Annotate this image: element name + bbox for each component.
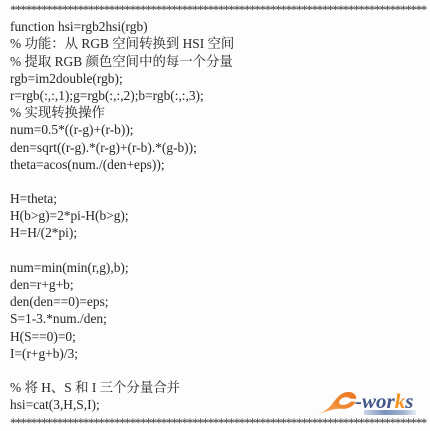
code-line: num=0.5*((r-g)+(r-b)); — [10, 121, 430, 138]
code-line: den(den==0)=eps; — [10, 293, 430, 310]
eworks-wordmark: -works — [355, 390, 413, 412]
code-line: rgb=im2double(rgb); — [10, 70, 430, 87]
eworks-underline-bar — [364, 410, 416, 415]
code-line: H(S==0)=0; — [10, 328, 430, 345]
code-line: I=(r+g+b)/3; — [10, 345, 430, 362]
code-line: den=r+g+b; — [10, 276, 430, 293]
separator-line-top: ****************************************… — [10, 1, 430, 18]
code-line — [10, 242, 430, 259]
code-line: % 提取 RGB 颜色空间中的每一个分量 — [10, 53, 430, 70]
code-line: r=rgb(:,:,1);g=rgb(:,:,2);b=rgb(:,:,3); — [10, 87, 430, 104]
code-line: theta=acos(num./(den+eps)); — [10, 156, 430, 173]
code-line — [10, 173, 430, 190]
eworks-logo: -works — [312, 386, 428, 418]
eworks-e-swoosh-icon — [312, 386, 358, 416]
code-line: % 功能：从 RGB 空间转换到 HSI 空间 — [10, 35, 430, 52]
matlab-code-document: ****************************************… — [0, 0, 430, 431]
code-lines: function hsi=rgb2hsi(rgb)% 功能：从 RGB 空间转换… — [10, 18, 430, 413]
code-line: H=H/(2*pi); — [10, 224, 430, 241]
code-line: S=1-3.*num./den; — [10, 310, 430, 327]
code-line: H=theta; — [10, 190, 430, 207]
code-line: den=sqrt((r-g).*(r-g)+(r-b).*(g-b)); — [10, 139, 430, 156]
code-line: H(b>g)=2*pi-H(b>g); — [10, 207, 430, 224]
code-line: num=min(min(r,g),b); — [10, 259, 430, 276]
code-line: function hsi=rgb2hsi(rgb) — [10, 18, 430, 35]
code-line — [10, 362, 430, 379]
code-line: % 实现转换操作 — [10, 104, 430, 121]
